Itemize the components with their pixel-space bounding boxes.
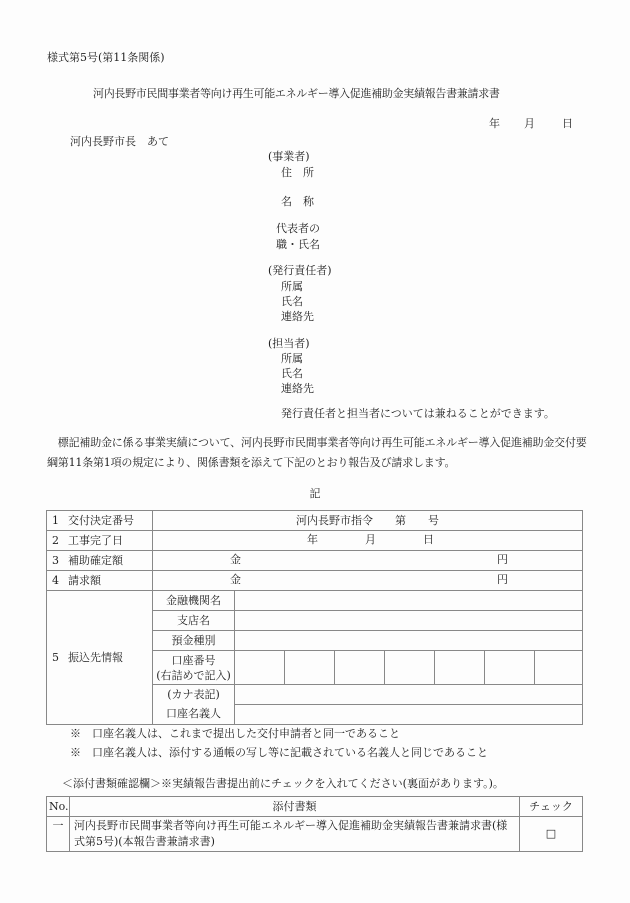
kana-label: (カナ表記) bbox=[153, 685, 235, 705]
attachments-header-row: No. 添付書類 チェック bbox=[47, 797, 583, 817]
column-header-no: No. bbox=[47, 797, 70, 817]
attachments-table: No. 添付書類 チェック 一 河内長野市民間事業者等向け再生可能エネルギー導入… bbox=[46, 796, 583, 852]
account-digit-6[interactable] bbox=[485, 651, 535, 685]
representative-label-1: 代表者の bbox=[276, 222, 320, 236]
account-holder-input[interactable] bbox=[235, 705, 583, 725]
attachment-checkbox[interactable]: □ bbox=[520, 817, 583, 852]
account-digit-5[interactable] bbox=[435, 651, 485, 685]
issuer-contact-field[interactable]: 連絡先 bbox=[281, 310, 314, 324]
row-label: 4請求額 bbox=[47, 571, 153, 591]
roles-note: 発行責任者と担当者については兼ねることができます。 bbox=[281, 407, 555, 421]
contact-department-field[interactable]: 所属 bbox=[281, 352, 303, 366]
account-holder-label: 口座名義人 bbox=[153, 705, 235, 725]
table-row-decision-number: 1交付決定番号 河内長野市指令 第 号 bbox=[47, 511, 583, 531]
branch-input[interactable] bbox=[235, 611, 583, 631]
table-row-completion-date: 2工事完了日 年 月 日 bbox=[47, 531, 583, 551]
report-table: 1交付決定番号 河内長野市指令 第 号 2工事完了日 年 月 日 3補助確定額 … bbox=[46, 510, 583, 725]
branch-label: 支店名 bbox=[153, 611, 235, 631]
contact-person-label: (担当者) bbox=[268, 337, 310, 351]
table-row-claim-amount: 4請求額 金 円 bbox=[47, 571, 583, 591]
account-digit-4[interactable] bbox=[385, 651, 435, 685]
representative-field[interactable]: 職・氏名 bbox=[276, 238, 320, 252]
account-digit-3[interactable] bbox=[335, 651, 385, 685]
table-row-bank-institution: 5振込先情報 金融機関名 bbox=[47, 591, 583, 611]
date-year: 年 bbox=[489, 117, 500, 131]
form-number: 様式第5号(第11条関係) bbox=[47, 51, 165, 65]
date-month: 月 bbox=[524, 117, 535, 131]
deposit-type-input[interactable] bbox=[235, 631, 583, 651]
address-field[interactable]: 住 所 bbox=[281, 166, 314, 180]
issuer-department-field[interactable]: 所属 bbox=[281, 280, 303, 294]
attachment-document: 河内長野市民間事業者等向け再生可能エネルギー導入促進補助金実績報告書兼請求書(様… bbox=[70, 817, 520, 852]
attachment-no: 一 bbox=[47, 817, 70, 852]
row-label: 3補助確定額 bbox=[47, 551, 153, 571]
table-row-confirmed-amount: 3補助確定額 金 円 bbox=[47, 551, 583, 571]
name-field[interactable]: 名 称 bbox=[281, 195, 314, 209]
kana-input[interactable] bbox=[235, 685, 583, 705]
addressee: 河内長野市長 あて bbox=[70, 135, 169, 149]
row-label: 2工事完了日 bbox=[47, 531, 153, 551]
claim-amount-field[interactable]: 金 円 bbox=[153, 571, 583, 591]
account-digit-1[interactable] bbox=[235, 651, 285, 685]
account-number-label: 口座番号 (右詰めで記入) bbox=[153, 651, 235, 685]
confirmed-amount-field[interactable]: 金 円 bbox=[153, 551, 583, 571]
issuer-name-field[interactable]: 氏名 bbox=[281, 295, 303, 309]
date-day: 日 bbox=[562, 117, 573, 131]
note-1: ※ 口座名義人は、これまで提出した交付申請者と同一であること bbox=[70, 727, 400, 741]
report-paragraph: 標記補助金に係る事業実績について、河内長野市民間事業者等向け再生可能エネルギー導… bbox=[47, 433, 587, 473]
business-label: (事業者) bbox=[268, 150, 310, 164]
decision-number-field[interactable]: 河内長野市指令 第 号 bbox=[153, 511, 583, 531]
contact-phone-field[interactable]: 連絡先 bbox=[281, 382, 314, 396]
row-label: 1交付決定番号 bbox=[47, 511, 153, 531]
table-row: 一 河内長野市民間事業者等向け再生可能エネルギー導入促進補助金実績報告書兼請求書… bbox=[47, 817, 583, 852]
document-title: 河内長野市民間事業者等向け再生可能エネルギー導入促進補助金実績報告書兼請求書 bbox=[93, 87, 500, 101]
contact-name-field[interactable]: 氏名 bbox=[281, 367, 303, 381]
ki-heading: 記 bbox=[0, 487, 630, 501]
column-header-check: チェック bbox=[520, 797, 583, 817]
institution-label: 金融機関名 bbox=[153, 591, 235, 611]
attachments-heading: ＜添付書類確認欄＞※実績報告書提出前にチェックを入れてください(裏面があります。… bbox=[62, 777, 504, 791]
note-2: ※ 口座名義人は、添付する通帳の写し等に記載されている名義人と同じであること bbox=[70, 746, 488, 760]
column-header-document: 添付書類 bbox=[70, 797, 520, 817]
account-digit-2[interactable] bbox=[285, 651, 335, 685]
account-digit-7[interactable] bbox=[535, 651, 583, 685]
institution-input[interactable] bbox=[235, 591, 583, 611]
completion-date-field[interactable]: 年 月 日 bbox=[153, 531, 583, 551]
bank-info-label: 5振込先情報 bbox=[47, 591, 153, 725]
issuer-label: (発行責任者) bbox=[268, 264, 332, 278]
deposit-type-label: 預金種別 bbox=[153, 631, 235, 651]
